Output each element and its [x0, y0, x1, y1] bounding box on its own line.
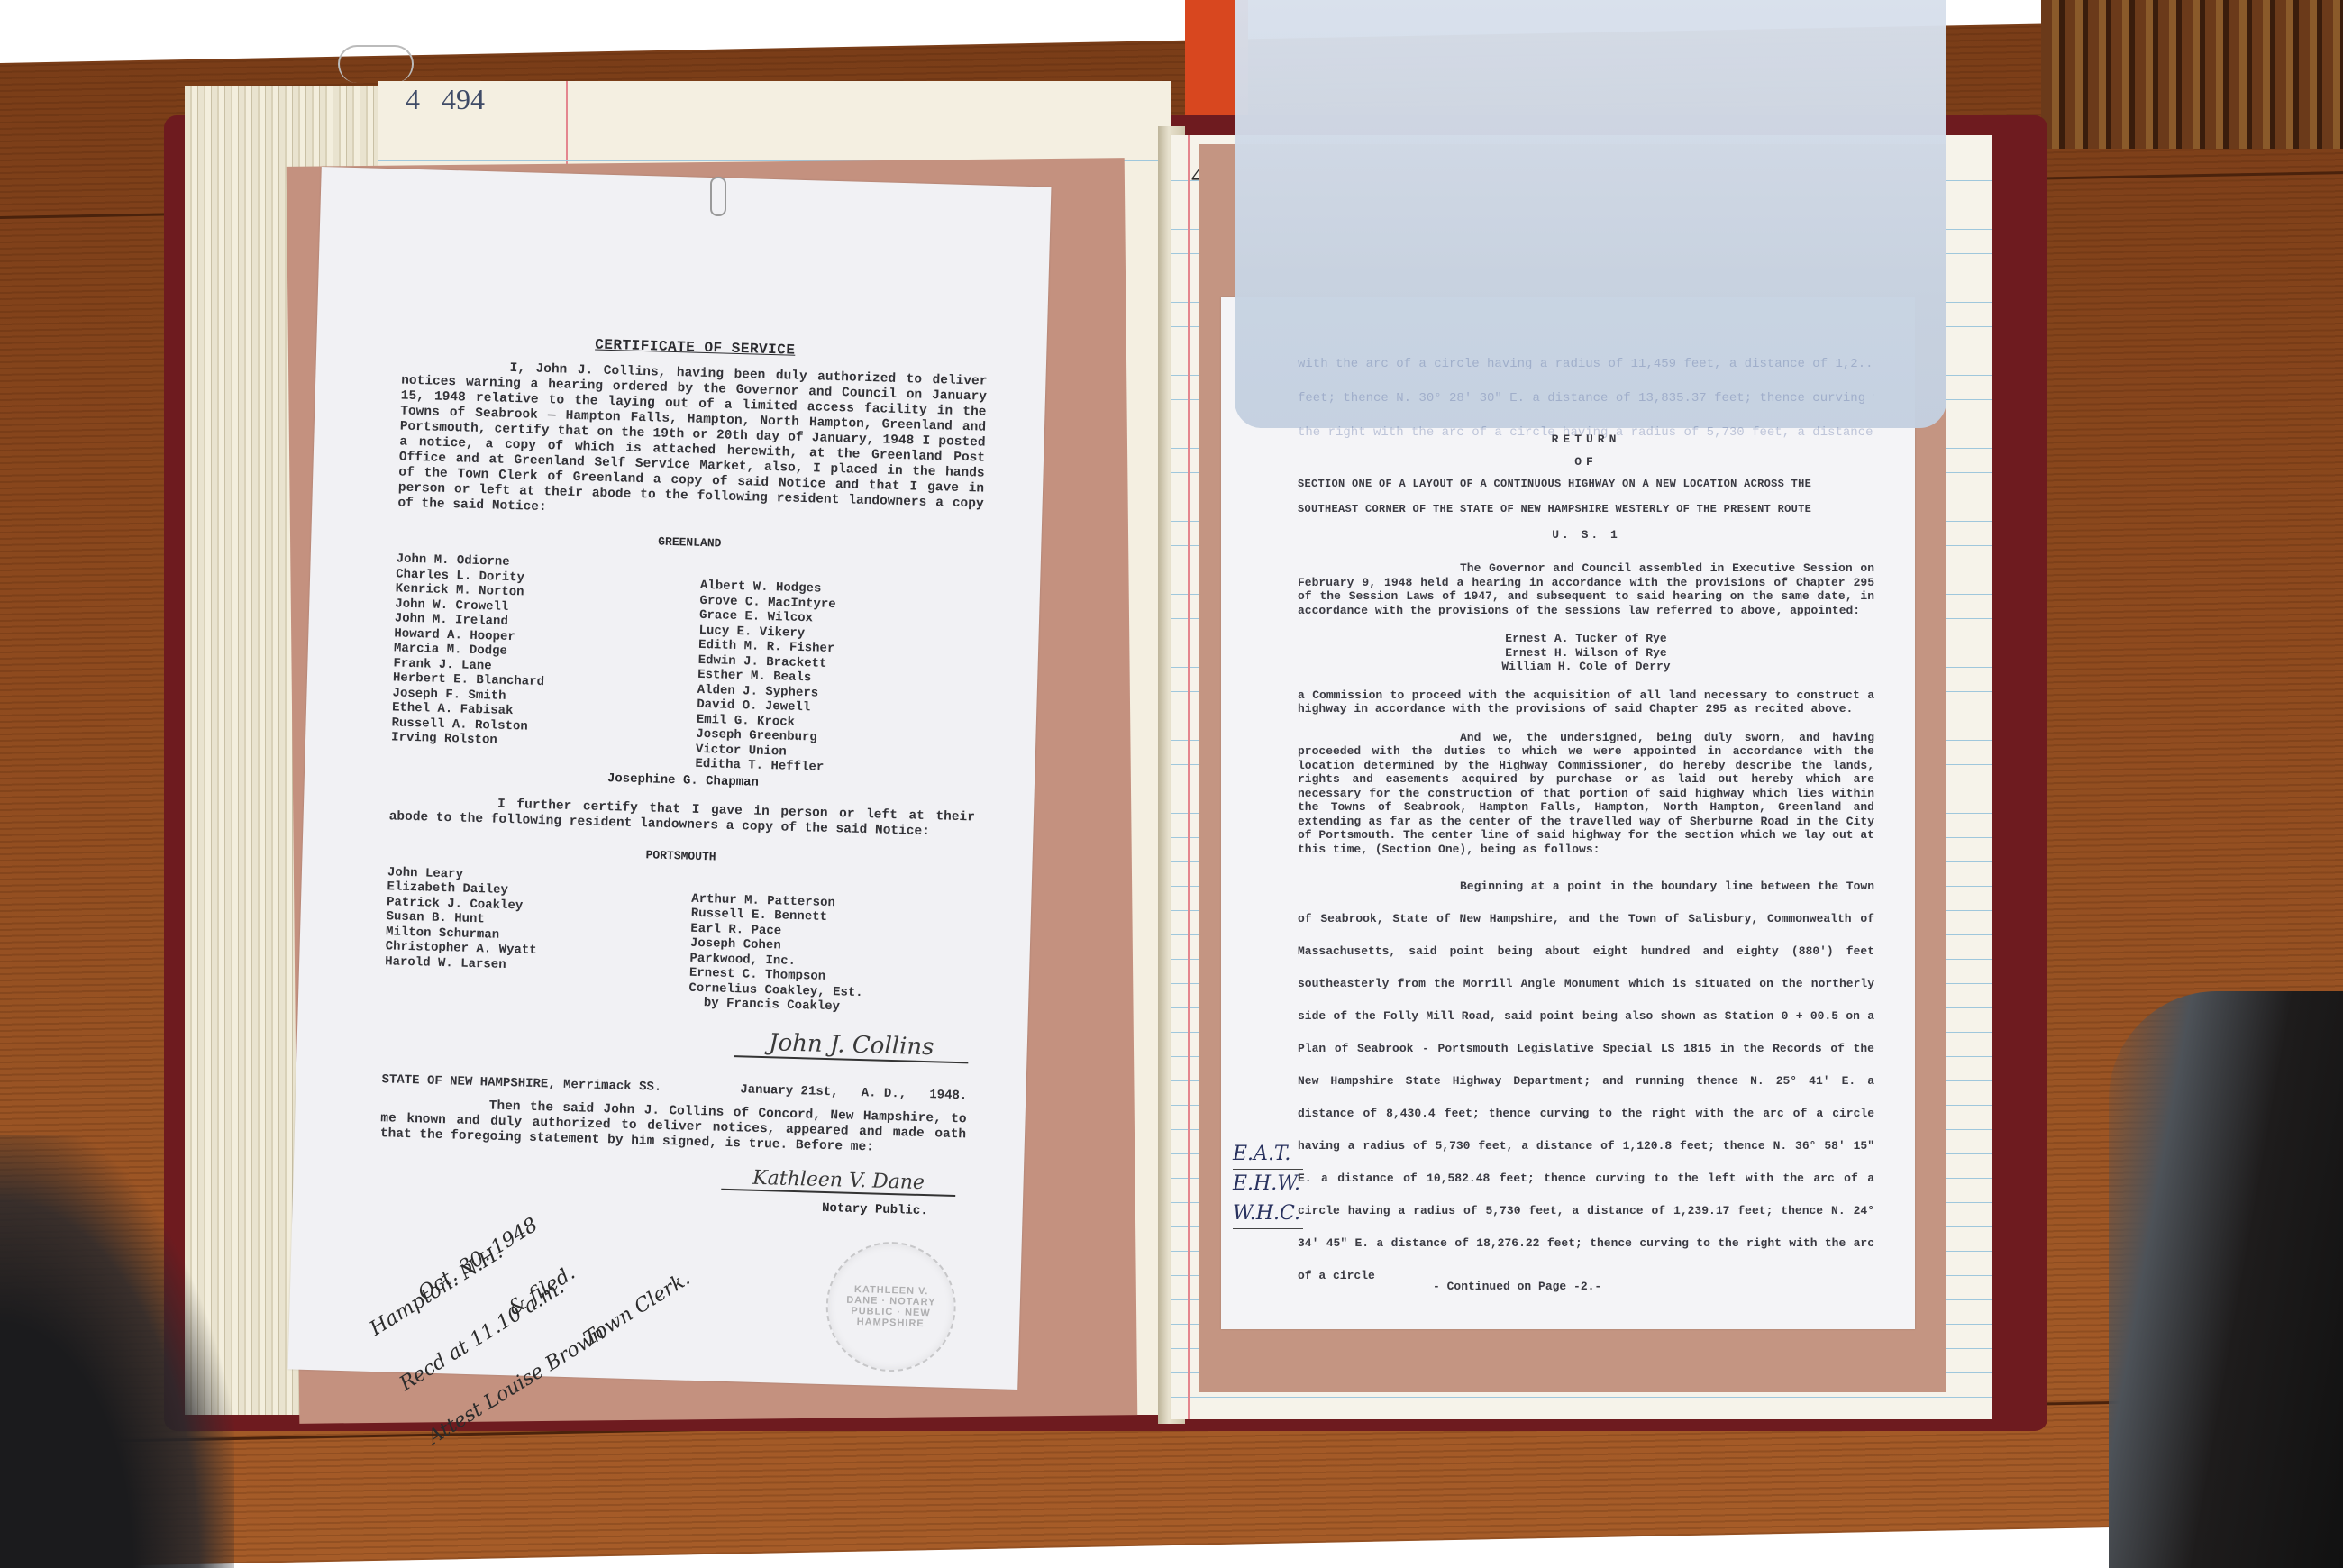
notary-signature: Kathleen V. Dane	[721, 1165, 956, 1196]
commissioner-name: Ernest H. Wilson of Rye	[1298, 646, 1874, 661]
collins-signature: John J. Collins	[734, 1028, 969, 1063]
continued-note: - Continued on Page -2.-	[1433, 1280, 1601, 1293]
commissioner-name: Ernest A. Tucker of Rye	[1298, 632, 1874, 646]
greenland-landowners: John M. OdiorneCharles L. DorityKenrick …	[390, 552, 981, 779]
initial-signature: E.H.W.	[1233, 1170, 1303, 1199]
portsmouth-right-column: Arthur M. PattersonRussell E. BennettEar…	[688, 873, 973, 1018]
portsmouth-heading: PORTSMOUTH	[388, 841, 974, 871]
paperclip	[710, 177, 726, 216]
notary-seal: KATHLEEN V. DANE · NOTARY PUBLIC · NEW H…	[825, 1240, 958, 1373]
certificate-of-service-sheet: CERTIFICATE OF SERVICE I, John J. Collin…	[288, 167, 1052, 1390]
portsmouth-left-column: John LearyElizabeth DaileyPatrick J. Coa…	[384, 865, 669, 1010]
chair-armrest-left	[0, 1135, 234, 1568]
initial-signature: E.A.T.	[1233, 1140, 1303, 1170]
paragraph-appointment: The Governor and Council assembled in Ex…	[1298, 561, 1874, 617]
greenland-heading: GREENLAND	[397, 527, 982, 557]
intro-paragraph: I, John J. Collins, having been duly aut…	[397, 359, 987, 528]
left-page-number: 4 494	[406, 83, 485, 116]
chair-armrest-right	[2109, 991, 2343, 1568]
wire-clip	[338, 45, 414, 83]
return-subtitle: SOUTHEAST CORNER OF THE STATE OF NEW HAM…	[1298, 503, 1874, 515]
return-heading-of: OF	[1298, 455, 1874, 469]
faded-line: with the arc of a circle having a radius…	[1298, 347, 1874, 381]
faded-line: feet; thence N. 30° 28' 30" E. a distanc…	[1298, 381, 1874, 415]
commissioner-name: William H. Cole of Derry	[1298, 660, 1874, 674]
paragraph-description: And we, the undersigned, being duly swor…	[1298, 731, 1874, 857]
initial-signature: W.H.C.	[1233, 1199, 1303, 1229]
portsmouth-landowners: John LearyElizabeth DaileyPatrick J. Coa…	[384, 865, 973, 1018]
background-books	[2041, 0, 2343, 149]
commissioner-list: Ernest A. Tucker of RyeErnest H. Wilson …	[1298, 632, 1874, 674]
ruled-line	[1171, 1397, 1992, 1398]
oath-paragraph: Then the said John J. Collins of Concord…	[380, 1096, 967, 1158]
commissioner-initials: E.A.T.E.H.W.W.H.C.	[1233, 1140, 1303, 1229]
paragraph-commission: a Commission to proceed with the acquisi…	[1298, 688, 1874, 716]
return-heading: RETURN	[1298, 433, 1874, 446]
margin-line	[1188, 135, 1190, 1419]
greenland-left-column: John M. OdiorneCharles L. DorityKenrick …	[390, 552, 677, 770]
paragraph-survey: Beginning at a point in the boundary lin…	[1298, 871, 1874, 1292]
further-paragraph: I further certify that I gave in person …	[388, 794, 975, 841]
route-label: U. S. 1	[1298, 528, 1874, 542]
return-subtitle: SECTION ONE OF A LAYOUT OF A CONTINUOUS …	[1298, 478, 1874, 490]
notary-label: Notary Public.	[822, 1200, 928, 1217]
return-document-body: RETURN OF SECTION ONE OF A LAYOUT OF A C…	[1298, 433, 1874, 1307]
greenland-right-column: Albert W. HodgesGrove C. MacIntyreGrace …	[695, 561, 981, 779]
document-title: CERTIFICATE OF SERVICE	[402, 332, 988, 364]
